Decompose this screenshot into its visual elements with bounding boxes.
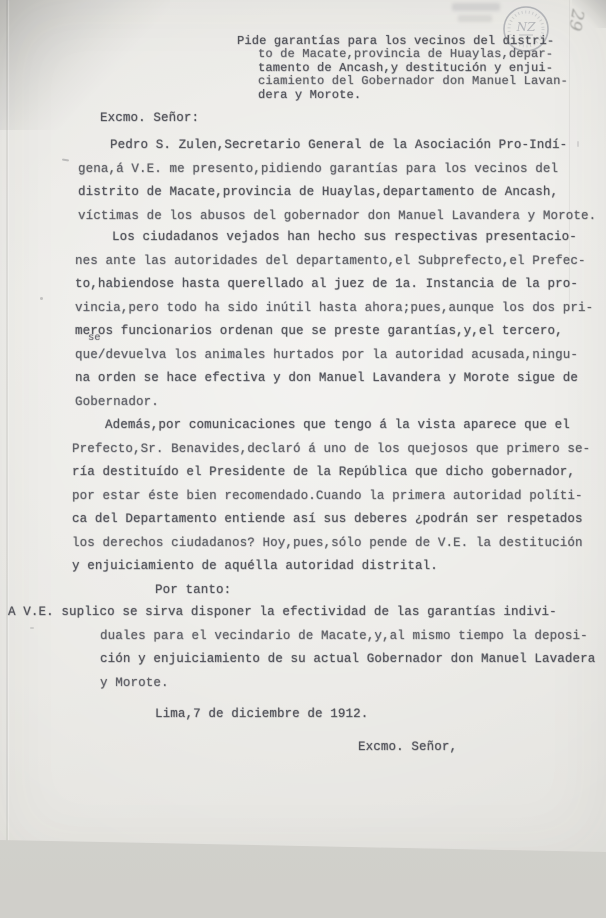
body-line: ción y enjuiciamiento de su actual Gober…: [100, 648, 595, 672]
valediction-text: Excmo. Señor,: [358, 736, 457, 760]
body-line: gena,á V.E. me presento,pidiendo garantí…: [78, 158, 596, 182]
body-line: y enjuiciamiento de aquélla autoridad di…: [72, 555, 590, 579]
backing-surface: [0, 840, 606, 918]
paragraph-1: Pedro S. Zulen,Secretario General de la …: [78, 134, 596, 228]
paragraph-2: Los ciudadanos vejados han hecho sus res…: [75, 226, 593, 414]
typewritten-text-layer: Pide garantías para los vecinos del dist…: [0, 0, 606, 856]
body-line: na orden se hace efectiva y don Manuel L…: [75, 367, 593, 391]
letter-paper: NZ 29 Pide garantías para los vecinos de…: [0, 0, 606, 856]
scanned-document-photo: NZ 29 Pide garantías para los vecinos de…: [0, 0, 606, 918]
body-line: ría destituído el Presidente de la Repúb…: [72, 461, 590, 485]
docket-summary: Pide garantías para los vecinos del dist…: [237, 35, 568, 102]
summary-line: ciamiento del Gobernador don Manuel Lava…: [258, 75, 568, 88]
body-line: por estar éste bien recomendado.Cuando l…: [72, 485, 590, 509]
por-tanto: Por tanto:: [155, 579, 231, 603]
body-line: los derechos ciudadanos? Hoy,pues,sólo p…: [72, 532, 590, 556]
paragraph-3: Además,por comunicaciones que tengo á la…: [72, 414, 590, 579]
body-line: que/devuelva los animales hurtados por l…: [75, 344, 593, 368]
body-line: y Morote.: [100, 672, 595, 696]
body-line: Gobernador.: [75, 391, 593, 415]
body-line: duales para el vecindario de Macate,y,al…: [100, 625, 595, 649]
summary-line: to de Macate,provincia de Huaylas,depar-: [258, 48, 568, 61]
body-line: Además,por comunicaciones que tengo á la…: [105, 414, 590, 438]
body-line: víctimas de los abusos del gobernador do…: [78, 205, 596, 229]
dateline: Lima,7 de diciembre de 1912.: [155, 703, 368, 727]
body-line: nes ante las autoridades del departament…: [75, 250, 593, 274]
body-line: to,habiendose hasta querellado al juez d…: [75, 273, 593, 297]
body-line: ca del Departamento entiende así sus deb…: [72, 508, 590, 532]
body-line: meros funcionarios ordenan que se preste…: [75, 320, 593, 344]
dateline-text: Lima,7 de diciembre de 1912.: [155, 703, 368, 727]
body-line: Prefecto,Sr. Benavides,declaró á uno de …: [72, 438, 590, 462]
valediction: Excmo. Señor,: [358, 736, 457, 760]
salutation: Excmo. Señor:: [100, 107, 199, 131]
body-line: A V.E. suplico se sirva disponer la efec…: [8, 601, 595, 625]
petition-paragraph: A V.E. suplico se sirva disponer la efec…: [8, 601, 595, 695]
summary-line: dera y Morote.: [258, 89, 568, 102]
body-line: Los ciudadanos vejados han hecho sus res…: [112, 226, 593, 250]
body-line: Por tanto:: [155, 579, 231, 603]
salutation-line: Excmo. Señor:: [100, 107, 199, 131]
body-line: Pedro S. Zulen,Secretario General de la …: [110, 134, 596, 158]
body-line: distrito de Macate,provincia de Huaylas,…: [78, 181, 596, 205]
body-line: vincia,pero todo ha sido inútil hasta ah…: [75, 297, 593, 321]
interlinear-insertion-se: se: [88, 332, 101, 344]
